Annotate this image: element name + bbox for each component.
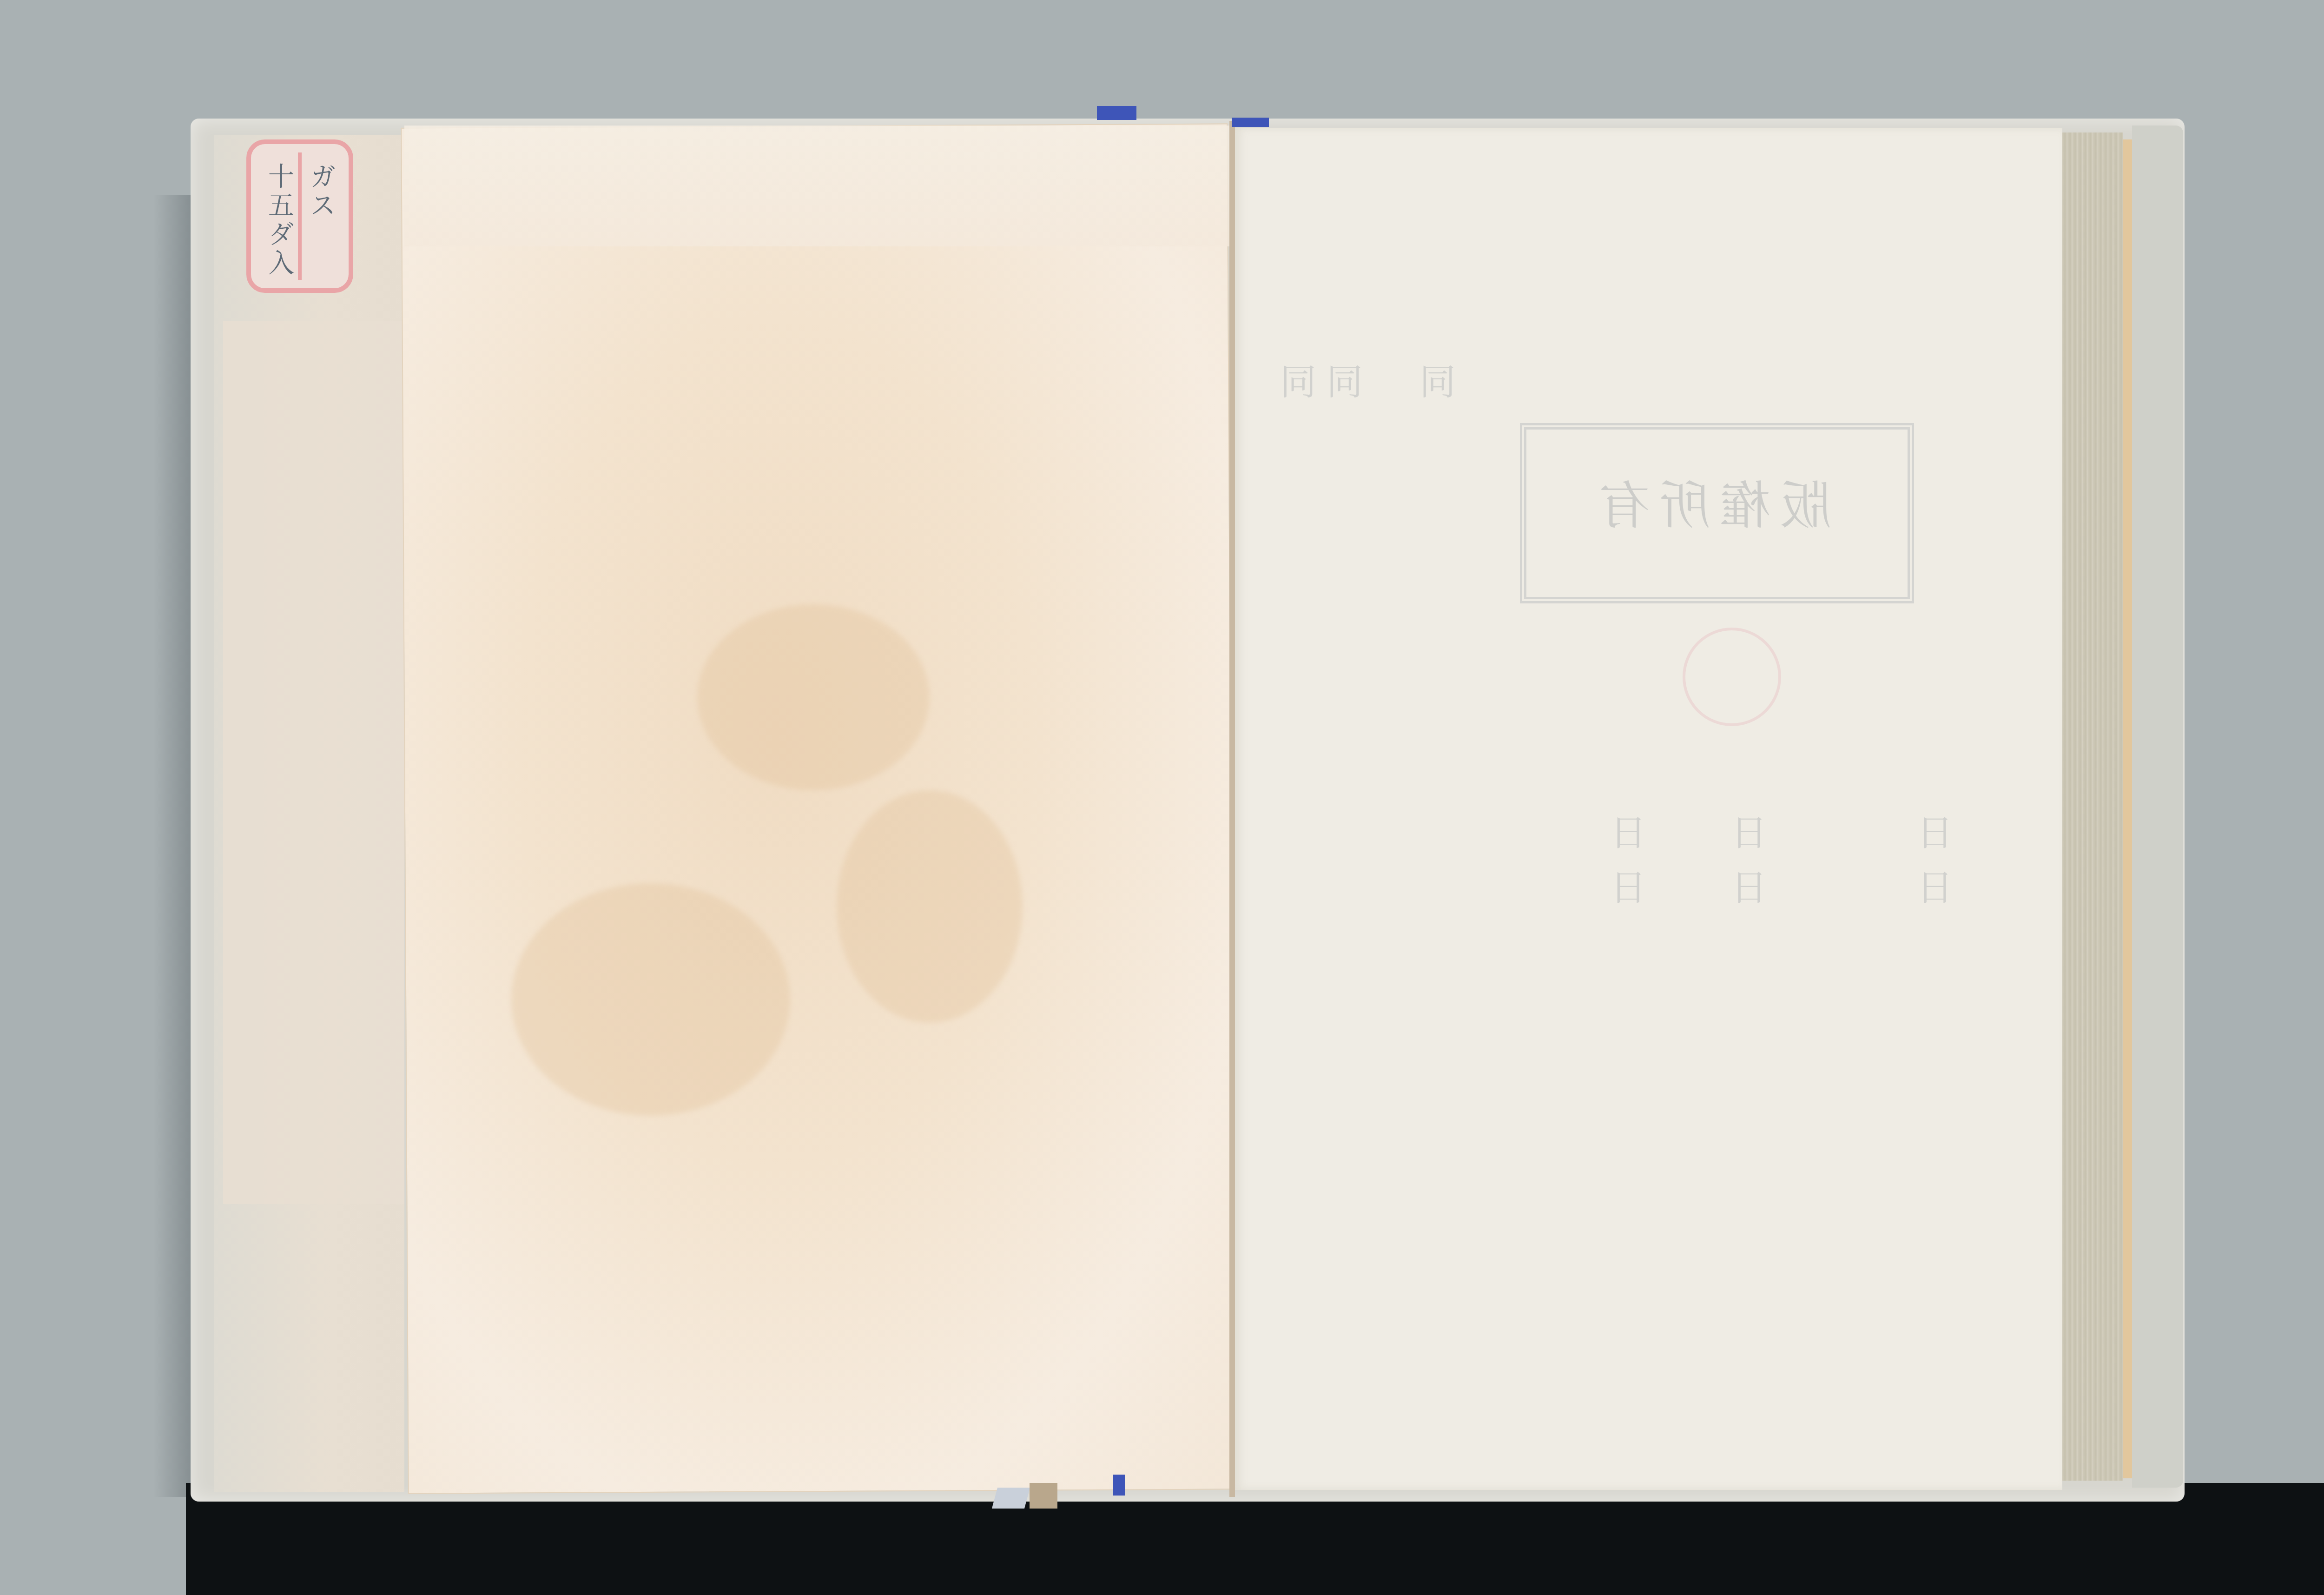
right-page	[1235, 128, 2062, 1490]
cast-shadow-left	[153, 195, 195, 1497]
headband-bottom	[1113, 1475, 1125, 1496]
spine-band	[223, 321, 404, 1204]
label-divider	[298, 152, 302, 280]
wrapper-tear	[992, 1488, 1030, 1509]
ghost-text-column: 日日	[1906, 814, 1958, 923]
headband-top-right	[1232, 118, 1269, 127]
foxing-stain	[837, 790, 1023, 1023]
back-cover-edge	[2132, 126, 2183, 1488]
page-block-edge	[2062, 132, 2123, 1481]
ghost-text-column: 同	[1408, 363, 1460, 417]
left-page	[401, 123, 1235, 1494]
ghost-text-column: 日日	[1599, 814, 1651, 923]
label-column-2: 十五ダ入	[260, 163, 297, 278]
foxing-stain	[697, 604, 930, 790]
seal-stamp	[1683, 628, 1781, 726]
colophon-frame-text: 版権所有	[1590, 465, 1831, 538]
ghost-text-column: 同	[1269, 363, 1321, 417]
label-column-1: ガス	[302, 163, 339, 220]
foxing-stain	[511, 883, 790, 1116]
page-block-trim	[2123, 139, 2132, 1478]
ghost-text-column: 同	[1315, 363, 1367, 417]
left-page-fold	[404, 126, 1229, 246]
gutter	[1229, 121, 1235, 1497]
spine-label: ガス 十五ダ入	[246, 139, 353, 293]
ghost-text-column: 日日	[1720, 814, 1772, 923]
headband-top-left	[1097, 106, 1136, 120]
torn-tab	[1030, 1483, 1057, 1509]
